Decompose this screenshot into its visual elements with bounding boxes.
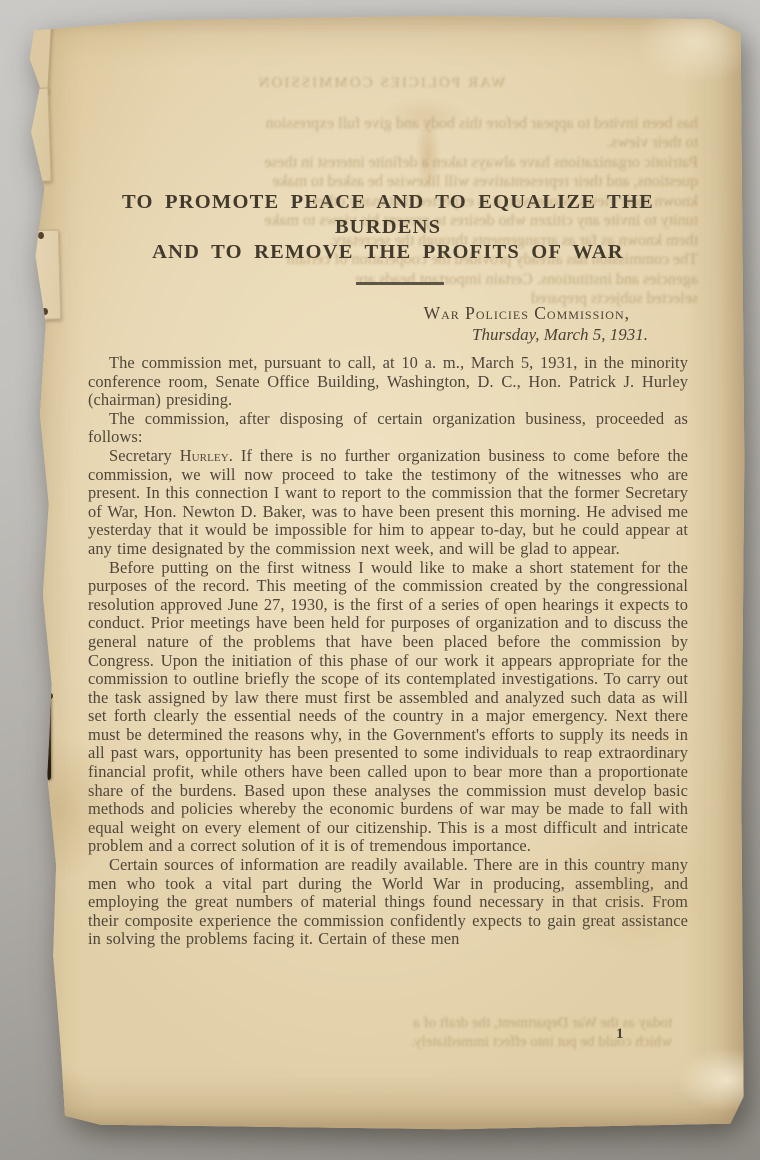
ghost-line: today as the War Department, the draft o… xyxy=(372,1014,672,1033)
paragraph: The commission met, pursuant to call, at… xyxy=(88,354,688,410)
paragraph: Secretary Hurley. If there is no further… xyxy=(88,447,688,559)
binding-tack-mark xyxy=(38,232,44,239)
body-text: The commission met, pursuant to call, at… xyxy=(88,354,688,949)
tape-repair-top xyxy=(20,23,52,92)
title-line-1: TO PROMOTE PEACE AND TO EQUALIZE THE BUR… xyxy=(88,190,688,240)
byline-date: Thursday, March 5, 1931. xyxy=(88,324,648,345)
ghost-bleed-through-text-bottom: today as the War Department, the draft o… xyxy=(372,1014,672,1052)
scan-background: WAR POLICIES COMMISSIONhas been invited … xyxy=(0,0,760,1160)
page-content: TO PROMOTE PEACE AND TO EQUALIZE THE BUR… xyxy=(88,8,688,949)
paragraph: Before putting on the first witness I wo… xyxy=(88,559,688,857)
paragraph: The commission, after disposing of certa… xyxy=(88,410,688,447)
page-number: 1 xyxy=(616,1026,624,1043)
staple xyxy=(45,696,51,780)
paragraph: Certain sources of information are readi… xyxy=(88,856,688,949)
document-title: TO PROMOTE PEACE AND TO EQUALIZE THE BUR… xyxy=(88,190,688,265)
byline-organization: War Policies Commission, xyxy=(88,303,648,324)
tape-repair-middle xyxy=(13,229,61,320)
binding-tack-mark xyxy=(42,308,48,315)
title-line-2: AND TO REMOVE THE PROFITS OF WAR xyxy=(88,240,688,265)
document-page: WAR POLICIES COMMISSIONhas been invited … xyxy=(12,8,748,1136)
title-divider-rule xyxy=(356,282,444,285)
tape-repair-upper xyxy=(16,87,51,182)
stitch-holes xyxy=(38,1056,42,1148)
byline: War Policies Commission, Thursday, March… xyxy=(88,303,688,345)
ghost-line: which could be put into effect immediate… xyxy=(372,1033,672,1052)
page-wrapper: WAR POLICIES COMMISSIONhas been invited … xyxy=(12,8,748,1136)
